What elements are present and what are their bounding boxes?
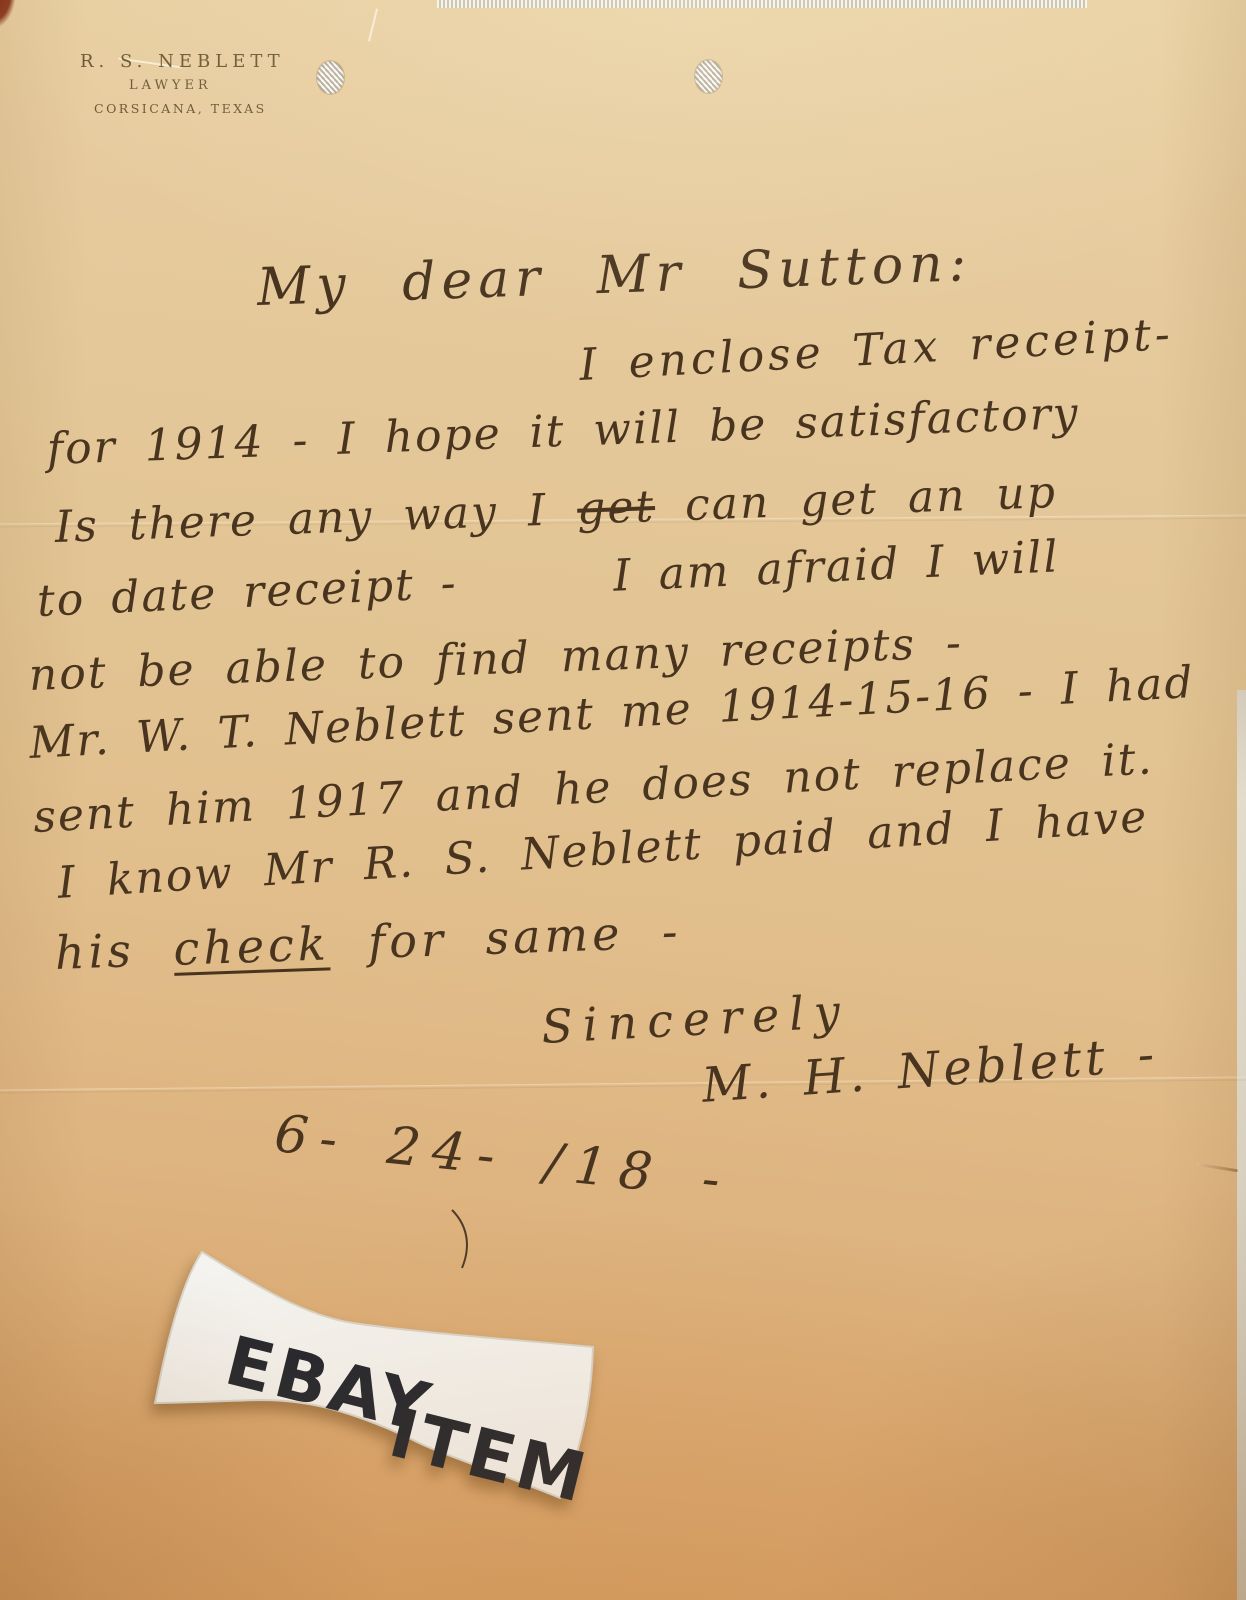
background-right-edge bbox=[1237, 690, 1246, 1600]
photo-frame: R. S. NEBLETT LAWYER CORSICANA, TEXAS My… bbox=[0, 0, 1246, 1600]
letterhead-name: R. S. NEBLETT bbox=[80, 51, 285, 72]
ebay-slip: EBAY ITEM bbox=[140, 1240, 620, 1530]
ribbed-background-top bbox=[437, 0, 1087, 8]
underlined-word: check bbox=[173, 916, 331, 975]
punch-hole-right bbox=[695, 60, 722, 93]
struck-word: get bbox=[576, 481, 656, 535]
letterhead-title: LAWYER bbox=[129, 78, 212, 93]
letterhead-location: CORSICANA, TEXAS bbox=[94, 101, 267, 116]
punch-hole-left bbox=[317, 61, 344, 94]
line-segment: his bbox=[54, 922, 174, 980]
